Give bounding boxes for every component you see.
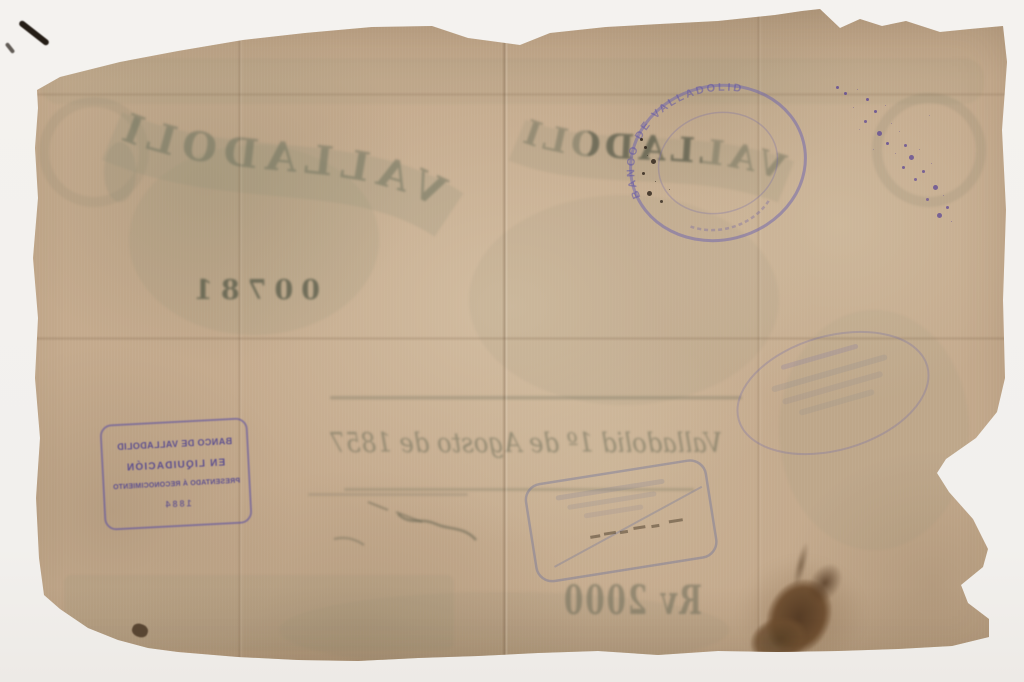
black-ink-specks: [640, 138, 643, 141]
corner-tear-mark: [18, 20, 50, 47]
dark-speck-small: [22, 597, 27, 602]
oval-stamp: BANCO DE VALLADOLID: [608, 64, 823, 261]
liquidation-line-1: BANCO DE VALLADOLID: [117, 436, 233, 452]
control-box-stamp: [524, 458, 719, 583]
corner-tear-mark-small: [5, 42, 16, 54]
oval-stamp-arc-text: BANCO DE VALLADOLID: [608, 74, 766, 201]
liquidation-line-3: PRESENTADO Á RECONOCIMIENTO: [113, 478, 240, 492]
svg-text:BANCO DE VALLADOLID: BANCO DE VALLADOLID: [608, 74, 766, 201]
purple-ink-speckles: [836, 86, 839, 89]
scanner-background: VALLADOLID VALLADOLID VALLADOLID 00781 V…: [0, 0, 1024, 682]
liquidation-line-2: EN LIQUIDACIÓN: [126, 457, 226, 473]
banknote-reverse: VALLADOLID VALLADOLID VALLADOLID 00781 V…: [0, 0, 1024, 682]
oval-stamp-lower-text-marks: [689, 198, 775, 237]
stamps-layer: BANCO DE VALLADOLID: [0, 0, 1024, 682]
assessment-oval-stamp: [723, 311, 943, 475]
liquidation-line-4: 1884: [163, 498, 192, 509]
liquidation-stamp: BANCO DE VALLADOLID EN LIQUIDACIÓN PRESE…: [99, 417, 252, 531]
